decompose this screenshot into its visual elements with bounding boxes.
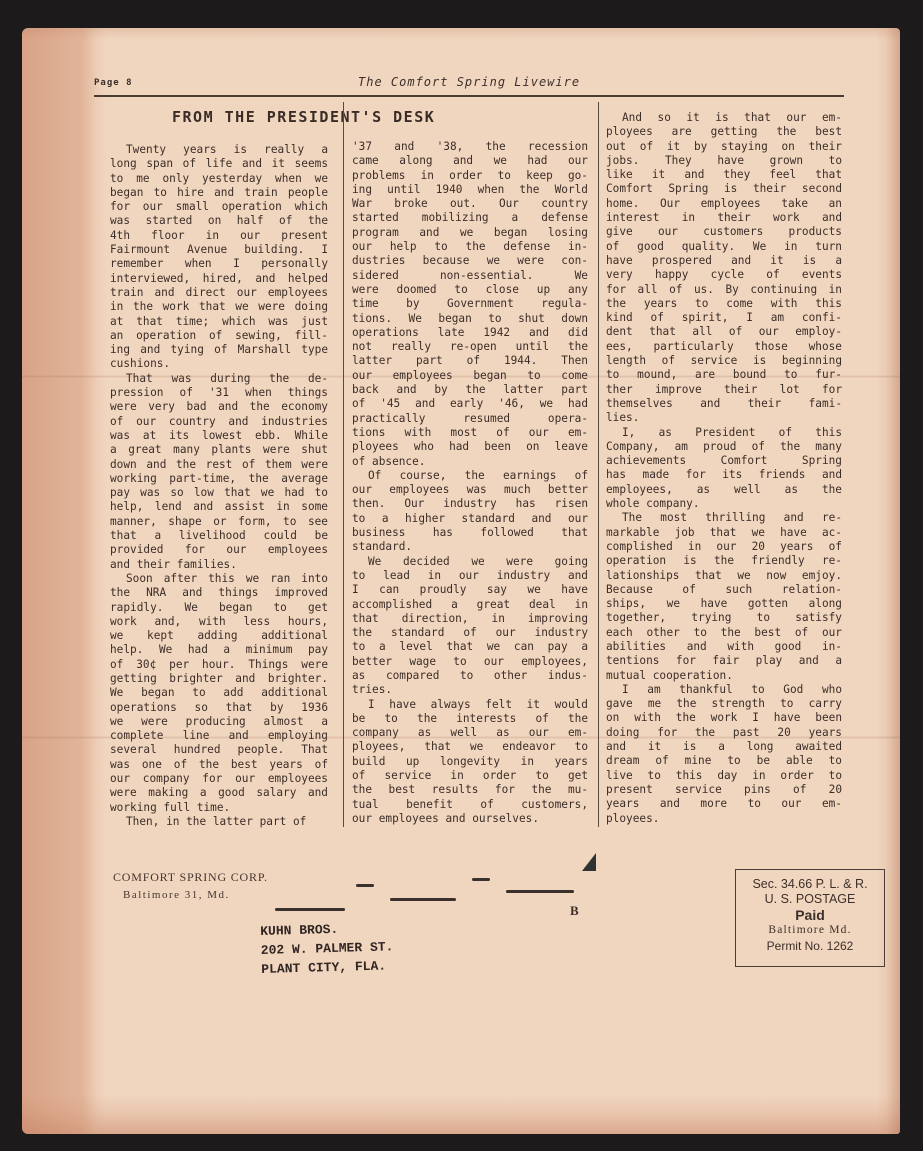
article-line: I have always felt it would (352, 698, 588, 712)
article-line: tions with most of our em- (352, 426, 588, 440)
article-line: 4th floor in our present (110, 229, 328, 243)
article-line: War broke out. Our country (352, 197, 588, 211)
article-line: ployees, that we endeavor to (352, 740, 588, 754)
article-line: dustries because we were con- (352, 254, 588, 268)
article-line: our employees and ourselves. (352, 812, 588, 826)
article-line: were very bad and the economy (110, 400, 328, 414)
article-line: themselves and their fami- (606, 397, 842, 411)
article-line: for all of us. By continuing in (606, 283, 842, 297)
article-line: complished in our 20 years of (606, 540, 842, 554)
article-line: have prospered and it is a (606, 254, 842, 268)
article-line: I am thankful to God who (606, 683, 842, 697)
article-line: business has followed that (352, 526, 588, 540)
article-line: We began to add additional (110, 686, 328, 700)
article-line: pression of '31 when things (110, 386, 328, 400)
article-line: mutual cooperation. (606, 669, 842, 683)
article-line: employees, as well as the (606, 483, 842, 497)
article-line: working full time. (110, 801, 328, 815)
article-line: That was during the de- (110, 372, 328, 386)
article-line: provided for our employees (110, 543, 328, 557)
article-line: ships, we have gotten along (606, 597, 842, 611)
article-line: to me only yesterday when we (110, 172, 328, 186)
article-column-1: Twenty years is really along span of lif… (110, 143, 328, 829)
article-line: then. Our industry has risen (352, 497, 588, 511)
article-line: ployees are getting the best (606, 125, 842, 139)
article-line: work and, with less hours, (110, 615, 328, 629)
return-address: COMFORT SPRING CORP. Baltimore 31, Md. (113, 870, 268, 901)
sender-city: Baltimore 31, Md. (123, 889, 268, 901)
article-line: at that time; which was just (110, 315, 328, 329)
article-line: our company for our employees (110, 772, 328, 786)
article-line: build up longevity in years (352, 755, 588, 769)
article-line: gave me the strength to carry (606, 697, 842, 711)
article-line: kind of spirit, I am confi- (606, 311, 842, 325)
article-line: of absence. (352, 455, 588, 469)
article-line: be to the interests of the (352, 712, 588, 726)
column-divider (343, 102, 344, 827)
article-line: accomplished a great deal in (352, 598, 588, 612)
article-line: Because of such relation- (606, 583, 842, 597)
article-line: rapidly. We began to get (110, 601, 328, 615)
article-line: doing for the past 20 years (606, 726, 842, 740)
article-line: ployees. (606, 812, 842, 826)
article-line: of our country and industries (110, 415, 328, 429)
article-line: tentions for fair play and a (606, 654, 842, 668)
article-line: help. We had a minimum pay (110, 643, 328, 657)
article-line: of service in order to get (352, 769, 588, 783)
article-line: achievements Comfort Spring (606, 454, 842, 468)
article-line: down and the rest of them were (110, 458, 328, 472)
article-line: present service pins of 20 (606, 783, 842, 797)
article-line: out of it by staying on their (606, 140, 842, 154)
article-column-2: '37 and '38, the recessioncame along and… (352, 140, 588, 826)
article-line: ing until 1940 when the World (352, 183, 588, 197)
article-line: several hundred people. That (110, 743, 328, 757)
article-line: long span of life and it seems (110, 157, 328, 171)
article-line: to a level that we can pay a (352, 640, 588, 654)
article-line: Comfort Spring is their second (606, 182, 842, 196)
article-line: the best results for the mu- (352, 783, 588, 797)
article-line: interviewed, hired, and helped (110, 272, 328, 286)
article-line: we kept adding additional (110, 629, 328, 643)
article-line: help, lend and assist in some (110, 500, 328, 514)
column-divider (598, 102, 599, 827)
article-line: lies. (606, 411, 842, 425)
article-line: length of service is beginning (606, 354, 842, 368)
article-line: Then, in the latter part of (110, 815, 328, 829)
article-line: began to hire and train people (110, 186, 328, 200)
article-line: better wage to our employees, (352, 655, 588, 669)
article-line: operations late 1942 and did (352, 326, 588, 340)
postage-label: U. S. POSTAGE (736, 892, 884, 906)
article-line: Twenty years is really a (110, 143, 328, 157)
article-line: was at its lowest ebb. While (110, 429, 328, 443)
article-line: like it and they feel that (606, 168, 842, 182)
postmark-dash (390, 898, 456, 901)
article-line: '37 and '38, the recession (352, 140, 588, 154)
article-line: time by Government regula- (352, 297, 588, 311)
article-line: of 30¢ per hour. Things were (110, 658, 328, 672)
article-line: manner, shape or form, to see (110, 515, 328, 529)
article-line: years and more to our em- (606, 797, 842, 811)
article-line: the NRA and things improved (110, 586, 328, 600)
article-line: And so it is that our em- (606, 111, 842, 125)
article-line: the standard of our industry (352, 626, 588, 640)
article-line: on with the work I have been (606, 711, 842, 725)
article-line: cushions. (110, 357, 328, 371)
article-line: abilities and with good in- (606, 640, 842, 654)
article-line: I can proudly say we have (352, 583, 588, 597)
article-line: Company, am proud of the many (606, 440, 842, 454)
article-line: tual benefit of customers, (352, 798, 588, 812)
article-line: practically resumed opera- (352, 412, 588, 426)
article-line: working part-time, the average (110, 472, 328, 486)
article-line: complete line and employing (110, 729, 328, 743)
article-line: getting brighter and brighter. (110, 672, 328, 686)
article-line: to mound, are bound to fur- (606, 368, 842, 382)
article-line: The most thrilling and re- (606, 511, 842, 525)
page-header: Page 8 The Comfort Spring Livewire (94, 75, 846, 91)
article-line: train and direct our employees (110, 286, 328, 300)
article-headline: FROM THE PRESIDENT'S DESK (172, 108, 435, 126)
article-line: operation is the friendly re- (606, 554, 842, 568)
article-line: very happy cycle of events (606, 268, 842, 282)
postmark-dash (275, 908, 345, 911)
article-line: to a higher standard and our (352, 512, 588, 526)
article-line: standard. (352, 540, 588, 554)
article-column-3: And so it is that our em-ployees are get… (606, 111, 842, 826)
article-line: together, trying to satisfy (606, 611, 842, 625)
triangle-mark-icon (582, 853, 596, 871)
postage-permit: Permit No. 1262 (736, 939, 884, 953)
article-line: of good quality. We in turn (606, 240, 842, 254)
article-line: home. Our employees take an (606, 197, 842, 211)
article-line: ployees who had been on leave (352, 440, 588, 454)
article-line: problems in order to keep go- (352, 169, 588, 183)
postmark-dash (472, 878, 490, 881)
article-line: a great many plants were shut (110, 443, 328, 457)
article-line: remember when I personally (110, 257, 328, 271)
article-line: give our customers products (606, 225, 842, 239)
article-line: the years to come with this (606, 297, 842, 311)
recipient-line: PLANT CITY, FLA. (261, 956, 394, 979)
article-line: not really re-open until the (352, 340, 588, 354)
article-line: and their families. (110, 558, 328, 572)
article-line: live to this day in order to (606, 769, 842, 783)
article-line: I, as President of this (606, 426, 842, 440)
article-line: each other to the best of our (606, 626, 842, 640)
article-line: interest in their work and (606, 211, 842, 225)
article-line: that a livelihood could be (110, 529, 328, 543)
article-line: company as well as our em- (352, 726, 588, 740)
article-line: were making a good salary and (110, 786, 328, 800)
article-line: operations so that by 1936 (110, 701, 328, 715)
article-line: was started on half of the (110, 214, 328, 228)
article-line: and it is a long awaited (606, 740, 842, 754)
article-line: we were producing almost a (110, 715, 328, 729)
sort-mark: B (570, 903, 579, 919)
article-line: as compared to other indus- (352, 669, 588, 683)
article-line: dream of mine to be able to (606, 754, 842, 768)
article-line: our help to the defense in- (352, 240, 588, 254)
article-line: in the work that we were doing (110, 300, 328, 314)
article-line: Fairmount Avenue building. I (110, 243, 328, 257)
article-line: tries. (352, 683, 588, 697)
header-rule (94, 95, 844, 97)
recipient-address: KUHN BROS. 202 W. PALMER ST. PLANT CITY,… (260, 918, 394, 979)
article-line: of '45 and early '46, we had (352, 397, 588, 411)
article-line: jobs. They have grown to (606, 154, 842, 168)
postage-section: Sec. 34.66 P. L. & R. (736, 877, 884, 891)
article-line: has made for its friends and (606, 468, 842, 482)
sender-name: COMFORT SPRING CORP. (113, 870, 268, 884)
article-line: that direction, in improving (352, 612, 588, 626)
postage-indicia: Sec. 34.66 P. L. & R. U. S. POSTAGE Paid… (735, 869, 885, 967)
article-line: ther improve their lot for (606, 383, 842, 397)
postmark-dash (506, 890, 574, 893)
article-line: our employees was much better (352, 483, 588, 497)
article-line: came along and we had our (352, 154, 588, 168)
article-line: were doomed to close up any (352, 283, 588, 297)
article-line: an operation of sewing, fill- (110, 329, 328, 343)
page-number: Page 8 (94, 78, 133, 88)
article-line: was one of the best years of (110, 758, 328, 772)
article-line: our employees began to come (352, 369, 588, 383)
article-line: pay was so low that we had to (110, 486, 328, 500)
postmark-dash (356, 884, 374, 887)
postage-paid: Paid (736, 907, 884, 923)
article-line: sidered non-essential. We (352, 269, 588, 283)
article-line: ees, particularly those whose (606, 340, 842, 354)
article-line: dent that all of our employ- (606, 325, 842, 339)
article-line: back and by the latter part (352, 383, 588, 397)
article-line: for our small operation which (110, 200, 328, 214)
article-line: program and we began losing (352, 226, 588, 240)
article-line: Soon after this we ran into (110, 572, 328, 586)
publication-title: The Comfort Spring Livewire (358, 75, 580, 89)
postage-city: Baltimore Md. (736, 924, 884, 936)
article-line: whole company. (606, 497, 842, 511)
article-line: tions. We began to shut down (352, 312, 588, 326)
article-line: We decided we were going (352, 555, 588, 569)
article-line: Of course, the earnings of (352, 469, 588, 483)
article-line: started mobilizing a defense (352, 211, 588, 225)
article-line: lationships that we now emjoy. (606, 569, 842, 583)
article-line: ing and tying of Marshall type (110, 343, 328, 357)
article-line: markable job that we have ac- (606, 526, 842, 540)
article-line: to lead in our industry and (352, 569, 588, 583)
article-line: latter part of 1944. Then (352, 354, 588, 368)
